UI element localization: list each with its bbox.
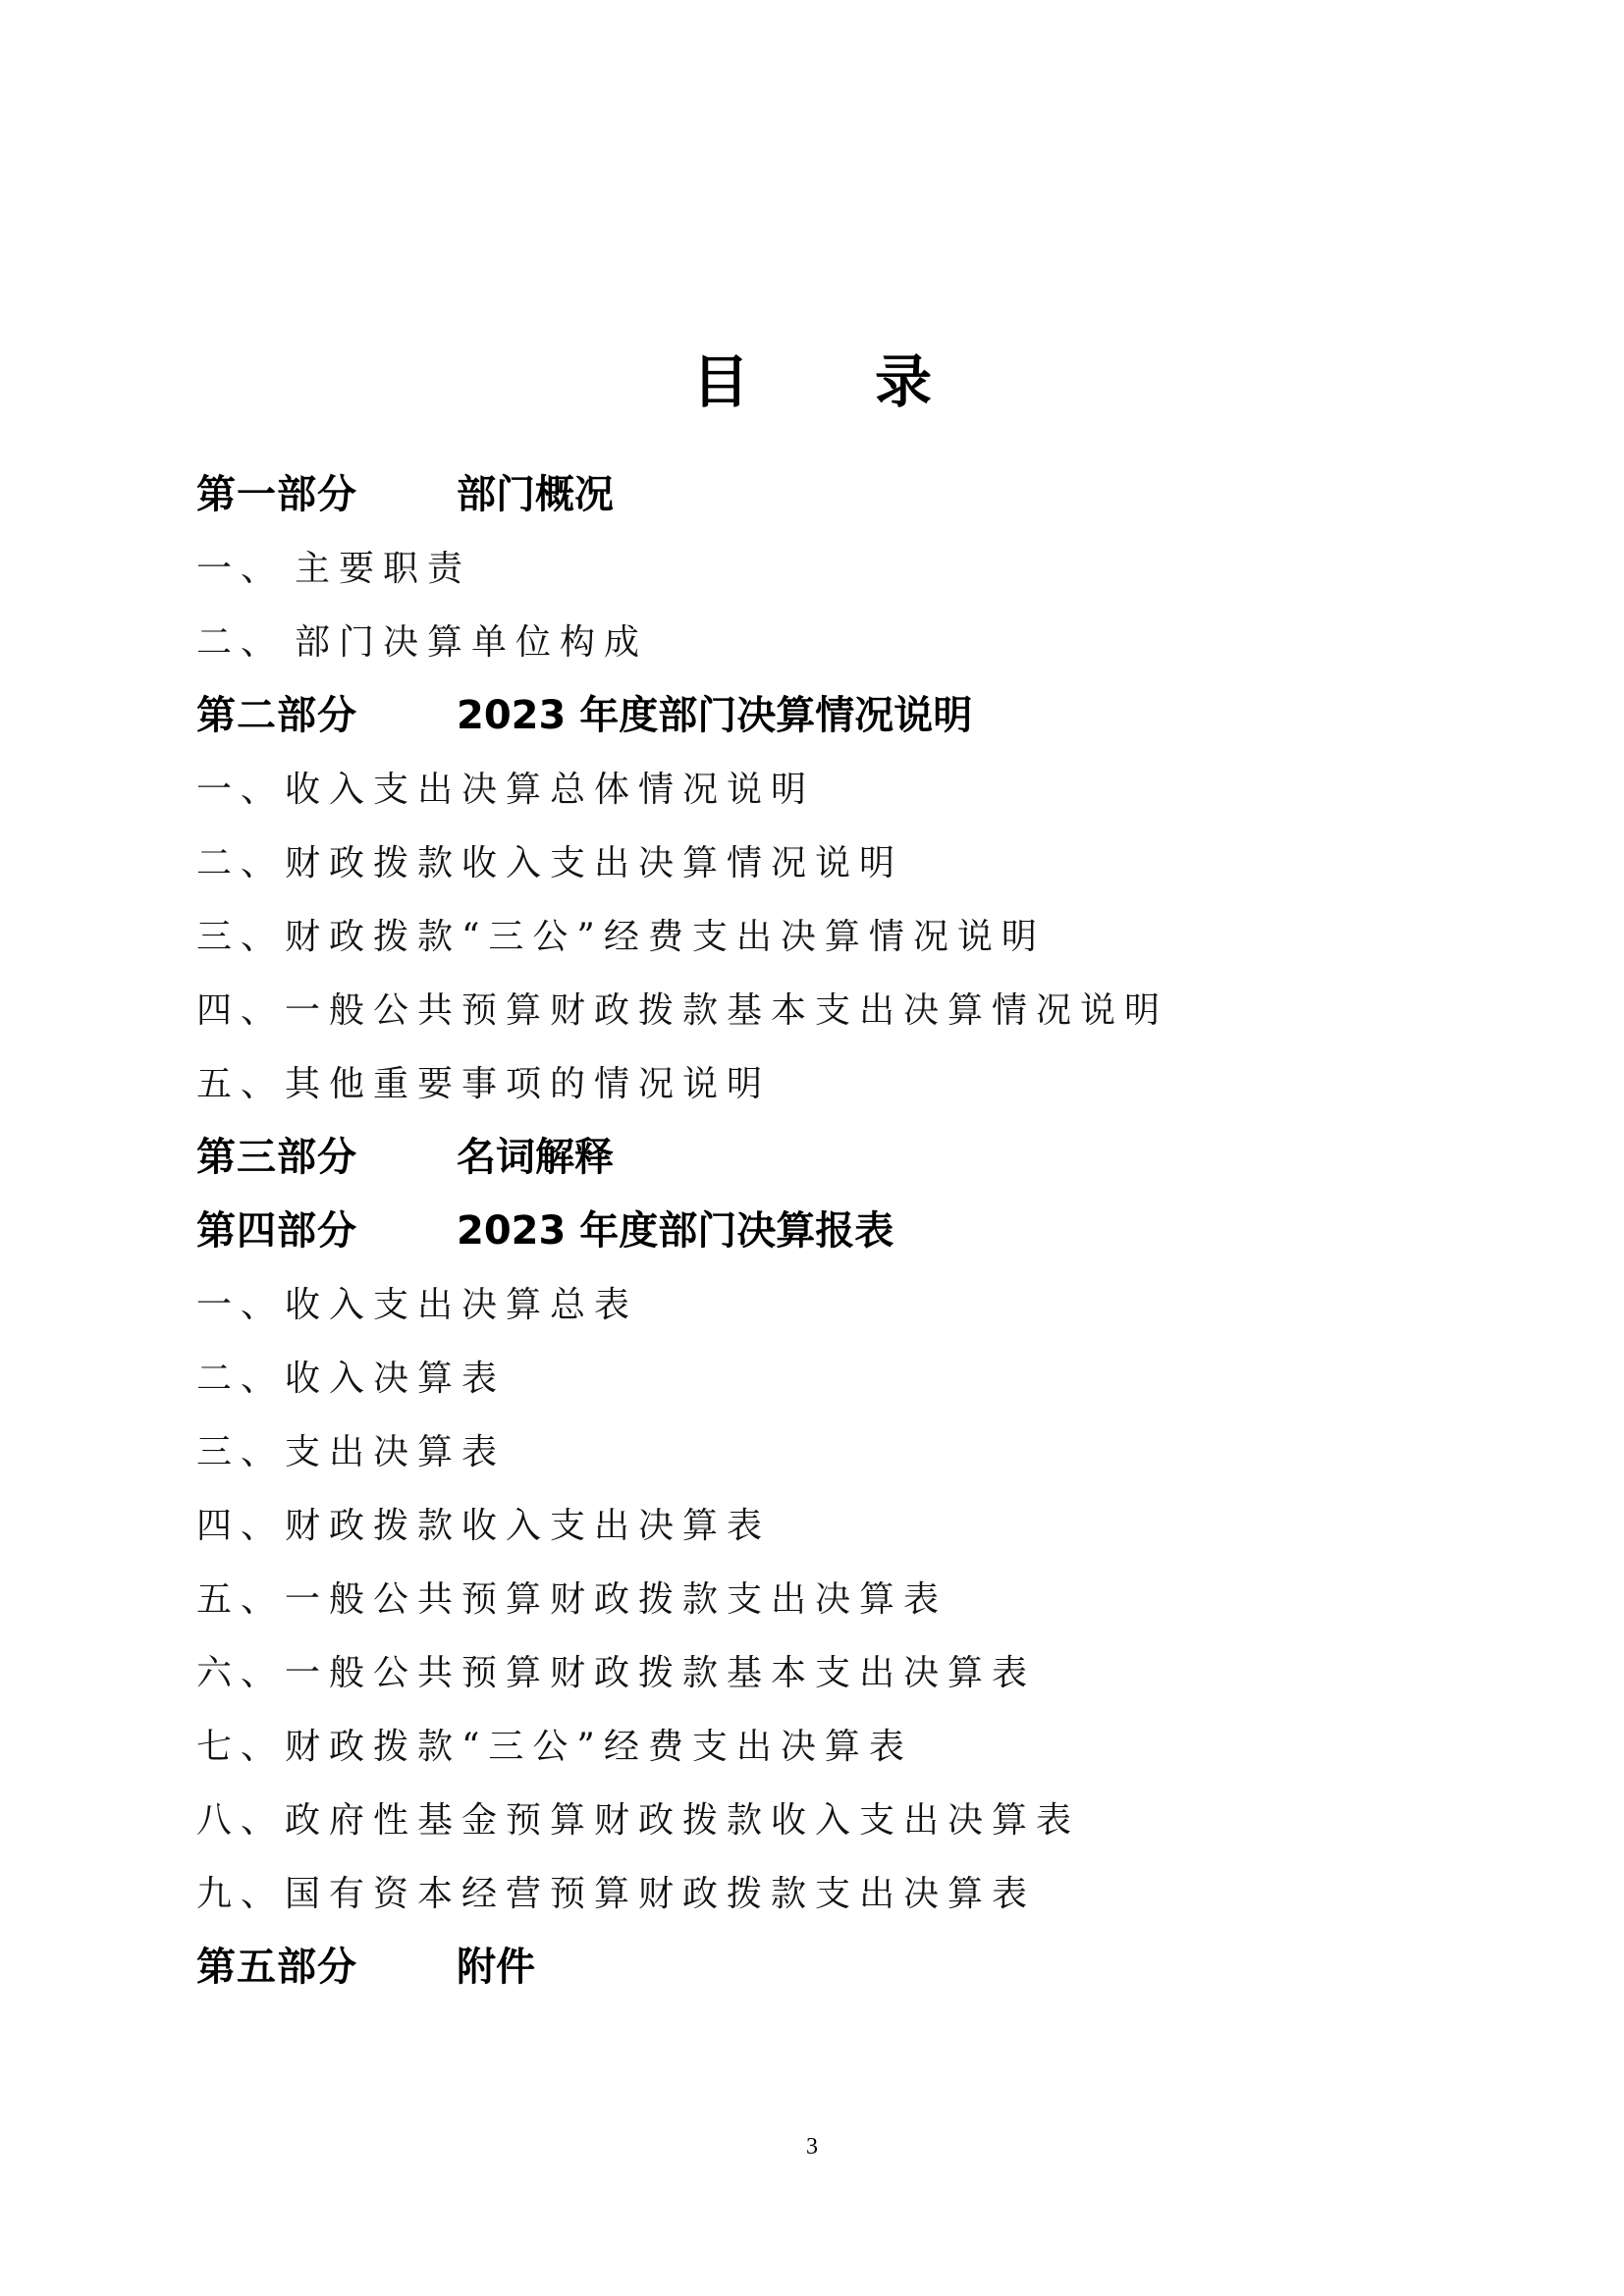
toc-item[interactable]: 九、国有资本经营预算财政拨款支出决算表 [196,1857,1473,1931]
item-number: 四、 [196,1489,285,1563]
part-title: 附件 [457,1931,535,2004]
item-text: 部门决算单位构成 [295,606,648,679]
item-text: 其他重要事项的情况说明 [285,1047,771,1121]
toc-item[interactable]: 一、主要职责 [196,532,1473,606]
part-label: 第一部分 [196,458,457,532]
toc-item[interactable]: 三、支出决算表 [196,1415,1473,1489]
item-text: 政府性基金预算财政拨款收入支出决算表 [285,1784,1080,1857]
toc-item[interactable]: 一、收入支出决算总表 [196,1268,1473,1342]
item-number: 一、 [196,532,295,606]
item-text: 收入决算表 [285,1342,506,1415]
item-number: 四、 [196,974,285,1047]
item-text: 一般公共预算财政拨款基本支出决算表 [285,1636,1036,1710]
item-number: 二、 [196,606,295,679]
part-label: 第五部分 [196,1931,457,2004]
item-text: 一般公共预算财政拨款支出决算表 [285,1563,947,1636]
toc-item[interactable]: 五、一般公共预算财政拨款支出决算表 [196,1563,1473,1636]
item-text: 国有资本经营预算财政拨款支出决算表 [285,1857,1036,1931]
toc-item[interactable]: 一、收入支出决算总体情况说明 [196,753,1473,827]
toc-part-3[interactable]: 第三部分名词解释 [196,1121,1473,1195]
item-text: 财政拨款“三公”经费支出决算表 [285,1710,913,1784]
part-title: 部门概况 [457,458,614,532]
item-text: 收入支出决算总体情况说明 [285,753,815,827]
item-text: 财政拨款收入支出决算情况说明 [285,827,903,900]
item-text: 财政拨款收入支出决算表 [285,1489,771,1563]
table-of-contents: 第一部分部门概况 一、主要职责 二、部门决算单位构成 第二部分2023 年度部门… [196,458,1473,2004]
item-number: 六、 [196,1636,285,1710]
toc-item[interactable]: 二、财政拨款收入支出决算情况说明 [196,827,1473,900]
item-number: 三、 [196,900,285,974]
item-number: 八、 [196,1784,285,1857]
item-number: 七、 [196,1710,285,1784]
toc-item[interactable]: 二、部门决算单位构成 [196,606,1473,679]
item-number: 二、 [196,1342,285,1415]
item-number: 二、 [196,827,285,900]
item-number: 九、 [196,1857,285,1931]
page-number: 3 [0,2132,1624,2162]
page-title: 目录 [0,345,1624,419]
toc-part-2[interactable]: 第二部分2023 年度部门决算情况说明 [196,679,1473,753]
toc-part-4[interactable]: 第四部分2023 年度部门决算报表 [196,1195,1473,1268]
toc-item[interactable]: 四、财政拨款收入支出决算表 [196,1489,1473,1563]
item-text: 主要职责 [295,532,471,606]
item-number: 五、 [196,1047,285,1121]
part-title: 名词解释 [457,1121,614,1195]
item-text: 收入支出决算总表 [285,1268,638,1342]
part-title: 2023 年度部门决算情况说明 [457,679,972,753]
part-title: 2023 年度部门决算报表 [457,1195,893,1268]
part-label: 第四部分 [196,1195,457,1268]
item-text: 支出决算表 [285,1415,506,1489]
page-title-char-2: 录 [875,345,932,419]
toc-item[interactable]: 八、政府性基金预算财政拨款收入支出决算表 [196,1784,1473,1857]
toc-item[interactable]: 六、一般公共预算财政拨款基本支出决算表 [196,1636,1473,1710]
toc-item[interactable]: 四、一般公共预算财政拨款基本支出决算情况说明 [196,974,1473,1047]
toc-item[interactable]: 二、收入决算表 [196,1342,1473,1415]
toc-item[interactable]: 七、财政拨款“三公”经费支出决算表 [196,1710,1473,1784]
toc-part-1[interactable]: 第一部分部门概况 [196,458,1473,532]
item-text: 一般公共预算财政拨款基本支出决算情况说明 [285,974,1168,1047]
part-label: 第二部分 [196,679,457,753]
page-title-char-1: 目 [692,345,749,419]
item-number: 一、 [196,753,285,827]
toc-part-5[interactable]: 第五部分附件 [196,1931,1473,2004]
item-text: 财政拨款“三公”经费支出决算情况说明 [285,900,1046,974]
toc-item[interactable]: 三、财政拨款“三公”经费支出决算情况说明 [196,900,1473,974]
item-number: 五、 [196,1563,285,1636]
part-label: 第三部分 [196,1121,457,1195]
toc-item[interactable]: 五、其他重要事项的情况说明 [196,1047,1473,1121]
item-number: 一、 [196,1268,285,1342]
item-number: 三、 [196,1415,285,1489]
